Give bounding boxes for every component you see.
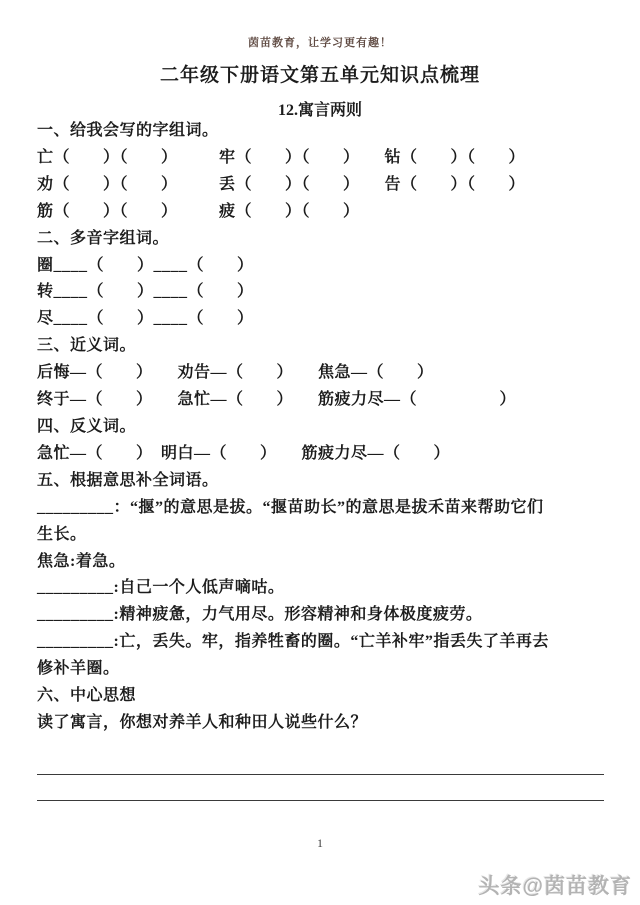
answer-area <box>37 749 604 801</box>
answer-blank-line-1 <box>37 749 604 775</box>
section-5-heading: 五、根据意思补全词语。 <box>37 468 608 495</box>
worksheet-page: 茵苗教育，让学习更有趣！ 二年级下册语文第五单元知识点梳理 12.寓言两则 一、… <box>0 0 640 905</box>
section-1-row-3: 筋（ ）（ ） 疲（ ）（ ） <box>37 199 608 226</box>
section-3-row-2: 终于—（ ） 急忙—（ ） 筋疲力尽—（ ） <box>37 387 608 414</box>
section-1-row-1: 亡（ ）（ ） 牢（ ）（ ） 钻（ ）（ ） <box>37 145 608 172</box>
page-number: 1 <box>0 836 640 851</box>
section-5-definition-5: _________:亡，丢失。牢，指养牲畜的圈。“亡羊补牢”指丢失了羊再去 <box>37 629 608 656</box>
section-1-row-2: 劝（ ）（ ） 丢（ ）（ ） 告（ ）（ ） <box>37 172 608 199</box>
section-2-row-3: 尽____（ ）____（ ） <box>37 306 608 333</box>
section-5-definition-1: _________：“揠”的意思是拔。“揠苗助长”的意思是拔禾苗来帮助它们 <box>37 495 608 522</box>
answer-blank-line-2 <box>37 775 604 801</box>
section-3-heading: 三、近义词。 <box>37 333 608 360</box>
section-2-heading: 二、多音字组词。 <box>37 226 608 253</box>
section-5-definition-3: _________:自己一个人低声嘀咕。 <box>37 575 608 602</box>
section-2-row-2: 转____（ ）____（ ） <box>37 279 608 306</box>
section-5-definition-5-wrap: 修补羊圈。 <box>37 656 608 683</box>
page-title: 二年级下册语文第五单元知识点梳理 <box>0 60 640 87</box>
section-3-row-1: 后悔—（ ） 劝告—（ ） 焦急—（ ） <box>37 360 608 387</box>
section-4-row-1: 急忙—（ ） 明白—（ ） 筋疲力尽—（ ） <box>37 441 608 468</box>
worksheet-body: 一、给我会写的字组词。 亡（ ）（ ） 牢（ ）（ ） 钻（ ）（ ） 劝（ ）… <box>37 118 608 801</box>
section-5-definition-4: _________:精神疲惫，力气用尽。形容精神和身体极度疲劳。 <box>37 602 608 629</box>
section-5-definition-1-wrap: 生长。 <box>37 522 608 549</box>
section-1-heading: 一、给我会写的字组词。 <box>37 118 608 145</box>
section-2-row-1: 圈____（ ）____（ ） <box>37 253 608 280</box>
section-4-heading: 四、反义词。 <box>37 414 608 441</box>
lesson-subtitle: 12.寓言两则 <box>0 97 640 120</box>
section-6-question: 读了寓言，你想对养羊人和种田人说些什么？ <box>37 710 608 737</box>
brand-slogan: 茵苗教育，让学习更有趣！ <box>0 34 640 50</box>
section-6-heading: 六、中心思想 <box>37 683 608 710</box>
toutiao-watermark: 头条@茵苗教育 <box>479 870 632 900</box>
section-5-definition-2: 焦急:着急。 <box>37 549 608 576</box>
